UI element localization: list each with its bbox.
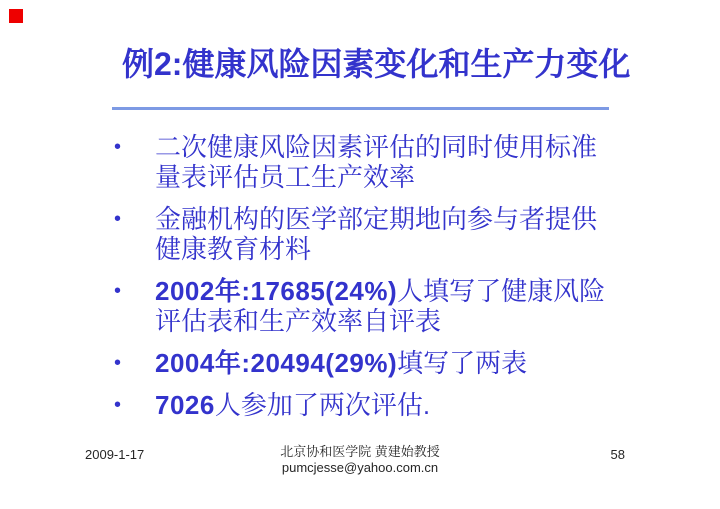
bullet-regular-segment: 人参加了两次评估. bbox=[215, 390, 430, 420]
bullet-dot-icon: • bbox=[112, 132, 155, 162]
bullet-bold-segment: 7026 bbox=[155, 390, 215, 420]
bullet-regular-segment: 金融机构的医学部定期地向参与者提供健康教育材料 bbox=[155, 204, 597, 264]
bullet-text: 2002年:17685(24%)人填写了健康风险评估表和生产效率自评表 bbox=[155, 276, 617, 336]
bullet-item: • 2002年:17685(24%)人填写了健康风险评估表和生产效率自评表 bbox=[112, 276, 617, 336]
bullet-regular-segment: 填写了两表 bbox=[397, 348, 527, 378]
bullet-list: • 二次健康风险因素评估的同时使用标准量表评估员工生产效率 • 金融机构的医学部… bbox=[112, 132, 617, 432]
slide-title: 例2:健康风险因素变化和生产力变化 bbox=[122, 44, 662, 84]
bullet-dot-icon: • bbox=[112, 390, 155, 420]
bullet-text: 二次健康风险因素评估的同时使用标准量表评估员工生产效率 bbox=[155, 132, 617, 192]
red-accent-square-icon bbox=[9, 9, 23, 23]
bullet-item: • 金融机构的医学部定期地向参与者提供健康教育材料 bbox=[112, 204, 617, 264]
bullet-regular-segment: 二次健康风险因素评估的同时使用标准量表评估员工生产效率 bbox=[155, 132, 597, 192]
footer-page-number: 58 bbox=[611, 447, 625, 462]
bullet-dot-icon: • bbox=[112, 348, 155, 378]
bullet-dot-icon: • bbox=[112, 204, 155, 234]
bullet-text: 7026人参加了两次评估. bbox=[155, 390, 617, 420]
bullet-dot-icon: • bbox=[112, 276, 155, 306]
bullet-item: • 2004年:20494(29%)填写了两表 bbox=[112, 348, 617, 378]
bullet-bold-segment: 2002年:17685(24%) bbox=[155, 276, 397, 306]
bullet-text: 金融机构的医学部定期地向参与者提供健康教育材料 bbox=[155, 204, 617, 264]
presentation-slide: 例2:健康风险因素变化和生产力变化 • 二次健康风险因素评估的同时使用标准量表评… bbox=[0, 0, 720, 509]
bullet-item: • 二次健康风险因素评估的同时使用标准量表评估员工生产效率 bbox=[112, 132, 617, 192]
bullet-item: • 7026人参加了两次评估. bbox=[112, 390, 617, 420]
bullet-text: 2004年:20494(29%)填写了两表 bbox=[155, 348, 617, 378]
bullet-bold-segment: 2004年:20494(29%) bbox=[155, 348, 397, 378]
title-underline bbox=[112, 107, 609, 110]
